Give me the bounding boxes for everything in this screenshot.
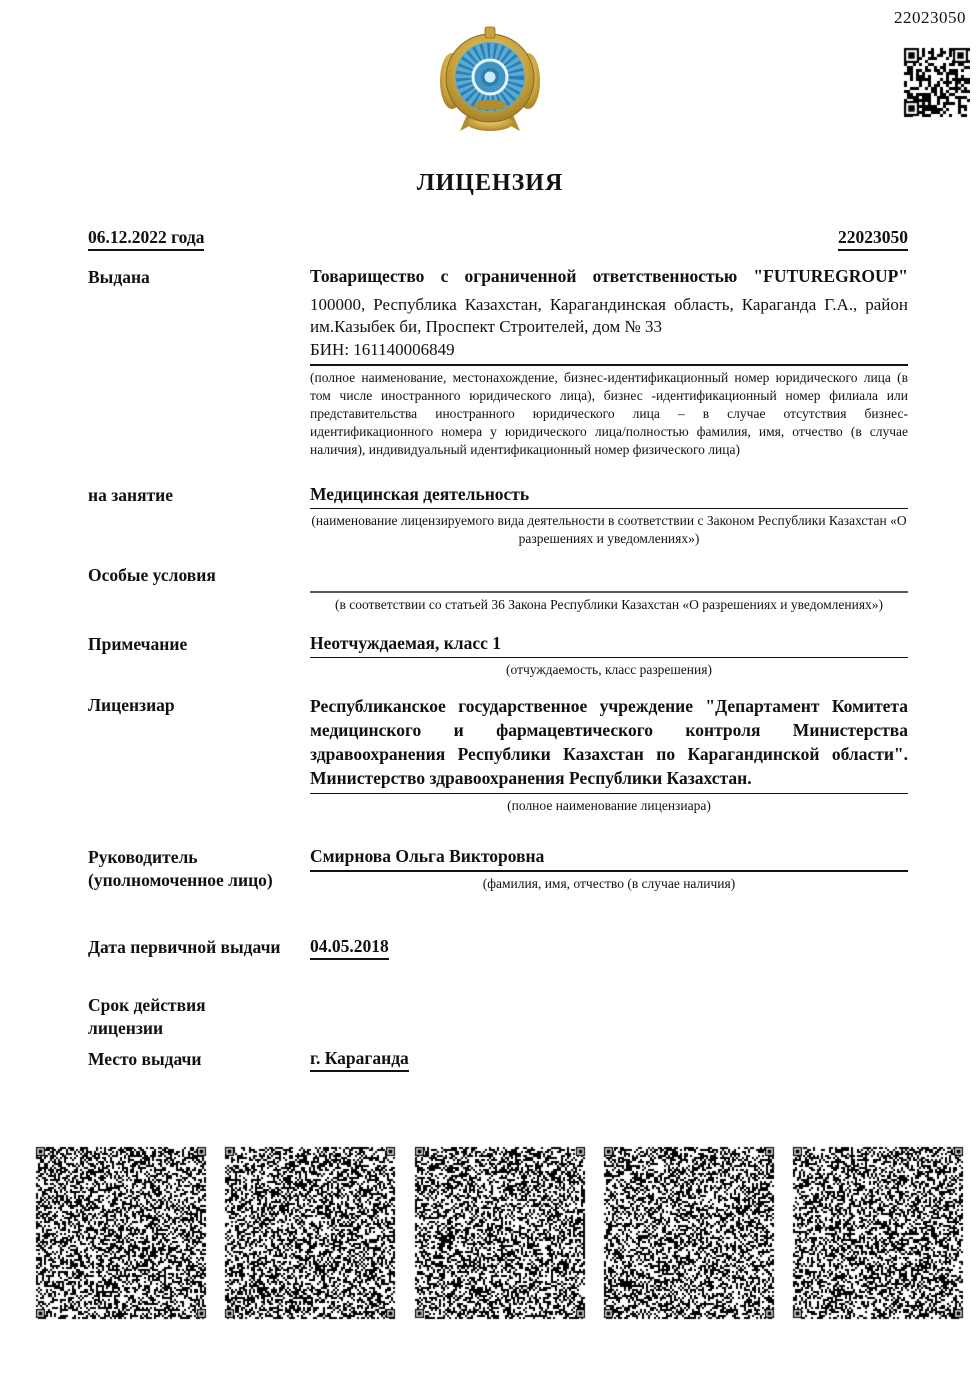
divider-line — [310, 793, 908, 794]
remark-value: Неотчуждаемая, класс 1 — [310, 633, 908, 654]
divider-line — [310, 591, 908, 593]
divider-line — [310, 657, 908, 658]
field-activity: на занятие Медицинская деятельность (наи… — [88, 484, 908, 548]
field-head: Руководитель (уполномоченное лицо) Смирн… — [88, 846, 908, 893]
first-issue-date-value: 04.05.2018 — [310, 936, 389, 960]
field-remark: Примечание Неотчуждаемая, класс 1 (отчуж… — [88, 633, 908, 679]
issued-to-bin: БИН: 161140006849 — [310, 339, 908, 361]
divider-line — [310, 364, 908, 366]
divider-line — [310, 508, 908, 509]
special-conditions-label: Особые условия — [88, 564, 310, 587]
kazakhstan-emblem-icon — [439, 26, 541, 134]
activity-note: (наименование лицензируемого вида деятел… — [310, 512, 908, 548]
field-validity: Срок действия лицензии — [88, 994, 908, 1040]
issue-place-value: г. Караганда — [310, 1048, 409, 1072]
head-label: Руководитель (уполномоченное лицо) — [88, 846, 310, 892]
data-barcode-3-icon — [413, 1145, 587, 1320]
issued-to-name: Товарищество с ограниченной ответственно… — [310, 266, 908, 287]
field-licensor: Лицензиар Республиканское государственно… — [88, 694, 908, 815]
field-issued-to: Выдана Товарищество с ограниченной ответ… — [88, 266, 908, 458]
activity-value: Медицинская деятельность — [310, 484, 908, 505]
remark-note: (отчуждаемость, класс разрешения) — [310, 661, 908, 679]
barcode-strip — [34, 1145, 965, 1320]
document-number-top: 22023050 — [894, 8, 966, 28]
divider-line — [310, 870, 908, 872]
special-conditions-note: (в соответствии со статьей 36 Закона Рес… — [310, 596, 908, 614]
validity-label: Срок действия лицензии — [88, 994, 310, 1040]
data-barcode-4-icon — [602, 1145, 776, 1320]
license-number: 22023050 — [838, 227, 908, 251]
first-issue-date-label: Дата первичной выдачи — [88, 936, 310, 959]
data-barcode-2-icon — [223, 1145, 397, 1320]
activity-label: на занятие — [88, 484, 310, 507]
field-special-conditions: Особые условия (в соответствии со статье… — [88, 564, 908, 614]
issue-place-label: Место выдачи — [88, 1048, 310, 1071]
issue-date: 06.12.2022 года — [88, 227, 204, 251]
remark-label: Примечание — [88, 633, 310, 656]
head-note: (фамилия, имя, отчество (в случае наличи… — [310, 875, 908, 893]
field-issue-place: Место выдачи г. Караганда — [88, 1048, 908, 1072]
data-barcode-1-icon — [34, 1145, 208, 1320]
licensor-label: Лицензиар — [88, 694, 310, 717]
date-number-row: 06.12.2022 года 22023050 — [88, 227, 908, 251]
qr-code-icon — [902, 46, 970, 118]
head-value: Смирнова Ольга Викторовна — [310, 846, 908, 867]
special-conditions-value — [310, 564, 908, 588]
issued-to-address: 100000, Республика Казахстан, Карагандин… — [310, 294, 908, 339]
licensor-value: Республиканское государственное учрежден… — [310, 694, 908, 791]
document-title: ЛИЦЕНЗИЯ — [0, 170, 980, 197]
issued-to-label: Выдана — [88, 266, 310, 289]
data-barcode-5-icon — [791, 1145, 965, 1320]
licensor-note: (полное наименование лицензиара) — [310, 797, 908, 815]
field-first-issue-date: Дата первичной выдачи 04.05.2018 — [88, 936, 908, 960]
license-document: 22023050 ЛИЦЕНЗИЯ 06.12.2022 года 220230… — [0, 0, 980, 1384]
issued-to-note: (полное наименование, местонахождение, б… — [310, 369, 908, 458]
